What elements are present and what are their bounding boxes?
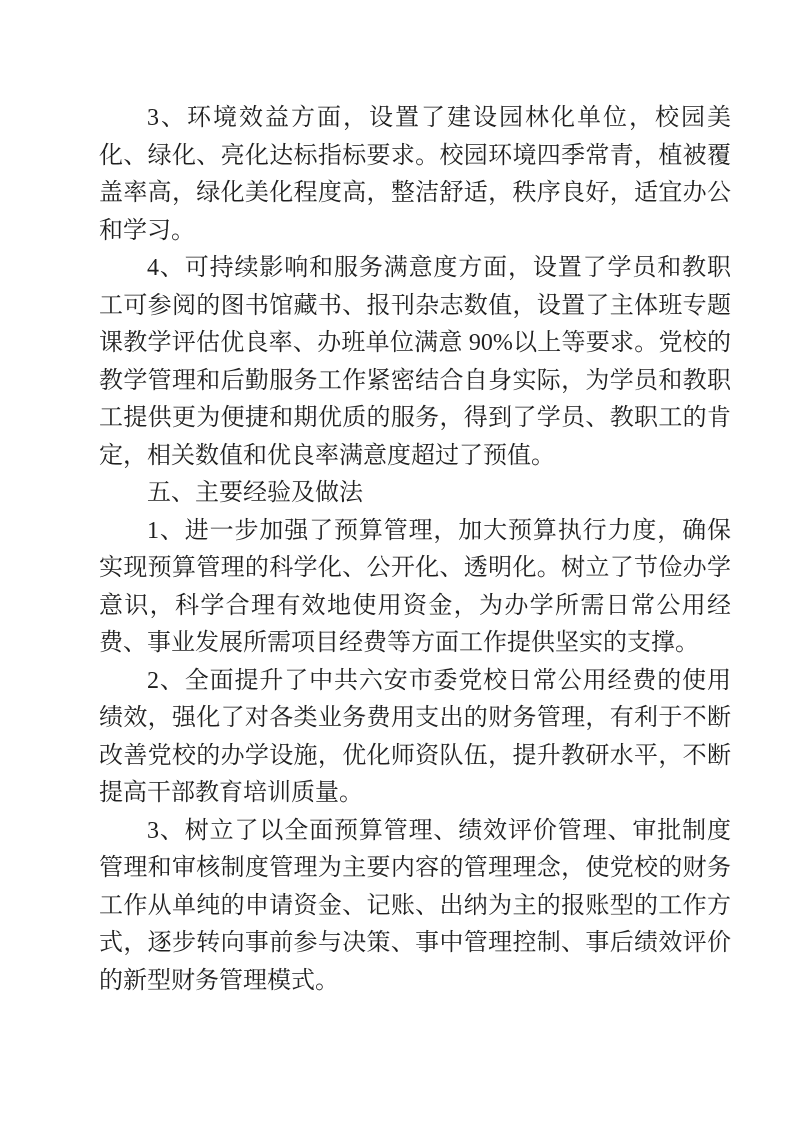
paragraph-budget-management: 1、进一步加强了预算管理，加大预算执行力度，确保实现预算管理的科学化、公开化、透… <box>99 513 731 663</box>
paragraph-funding-performance: 2、全面提升了中共六安市委党校日常公用经费的使用绩效，强化了对各类业务费用支出的… <box>99 663 731 813</box>
paragraph-environmental-benefits: 3、环境效益方面，设置了建设园林化单位，校园美化、绿化、亮化达标指标要求。校园环… <box>99 100 731 250</box>
document-page: 3、环境效益方面，设置了建设园林化单位，校园美化、绿化、亮化达标指标要求。校园环… <box>0 0 793 1122</box>
section-heading-main-experience: 五、主要经验及做法 <box>99 475 731 513</box>
paragraph-management-philosophy: 3、树立了以全面预算管理、绩效评价管理、审批制度管理和审核制度管理为主要内容的管… <box>99 813 731 1001</box>
paragraph-sustainability-satisfaction: 4、可持续影响和服务满意度方面，设置了学员和教职工可参阅的图书馆藏书、报刊杂志数… <box>99 250 731 475</box>
